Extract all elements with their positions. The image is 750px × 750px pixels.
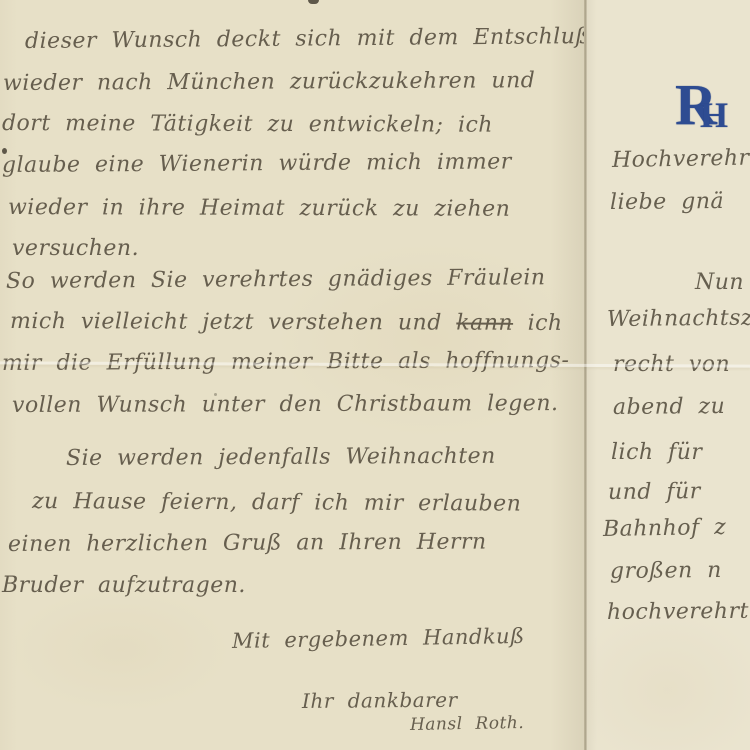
handwriting-line: abend zu — [613, 396, 725, 419]
handwriting-line: lich für — [611, 442, 702, 464]
monogram-rh: R H — [675, 76, 727, 140]
handwriting-line: liebe gnä — [610, 191, 724, 214]
handwriting-line: mich vielleicht jetzt verstehen und kann… — [10, 311, 563, 335]
handwriting-line: dieser Wunsch deckt sich mit dem Entschl… — [25, 26, 585, 53]
handwriting-line: Bruder aufzutragen. — [2, 575, 246, 597]
handwriting-line: Bahnhof z — [603, 517, 727, 541]
strikethrough-word: kann — [456, 311, 513, 336]
letter-page-left: dieser Wunsch deckt sich mit dem Entschl… — [0, 0, 585, 750]
ink-speck — [2, 148, 7, 154]
handwriting-line: und für — [608, 481, 701, 504]
handwriting-line: wieder in ihre Heimat zurück zu ziehen — [8, 197, 510, 221]
handwriting-line: dort meine Tätigkeit zu entwickeln; ich — [2, 113, 493, 137]
handwriting-line: zu Hause feiern, darf ich mir erlauben — [32, 491, 521, 516]
signature-line: Ihr dankbarer — [302, 690, 458, 711]
handwriting-line: Sie werden jedenfalls Weihnachten — [66, 446, 496, 470]
handwriting-line: glaube eine Wienerin würde mich immer — [2, 151, 512, 177]
handwriting-line: einen herzlichen Gruß an Ihren Herrn — [8, 531, 487, 556]
letter-page-right: R H Hochverehrt liebe gnä Nun Weihnachts… — [587, 0, 750, 750]
scanned-letter: dieser Wunsch deckt sich mit dem Entschl… — [0, 0, 750, 750]
handwriting-line: So werden Sie verehrtes gnädiges Fräulei… — [6, 267, 546, 293]
handwriting-line: Hochverehrt — [612, 147, 750, 172]
handwriting-line: Nun — [695, 272, 744, 294]
closing-line: Mit ergebenem Handkuß — [232, 626, 525, 652]
line-text: mich vielleicht jetzt verstehen und — [10, 309, 456, 336]
handwriting-line: großen n — [610, 560, 722, 583]
signature-name: Hansl Roth. — [410, 715, 524, 734]
ink-speck — [214, 393, 217, 396]
handwriting-line: versuchen. — [12, 238, 139, 260]
handwriting-line: hochverehrt — [607, 601, 749, 624]
handwriting-line: vollen Wunsch unter den Christbaum legen… — [12, 393, 559, 417]
handwriting-line: wieder nach München zurückzukehren und — [3, 70, 535, 95]
handwriting-line: Weihnachtsz — [607, 308, 750, 331]
monogram-letter-h: H — [700, 97, 728, 133]
line-text: ich — [513, 311, 563, 336]
